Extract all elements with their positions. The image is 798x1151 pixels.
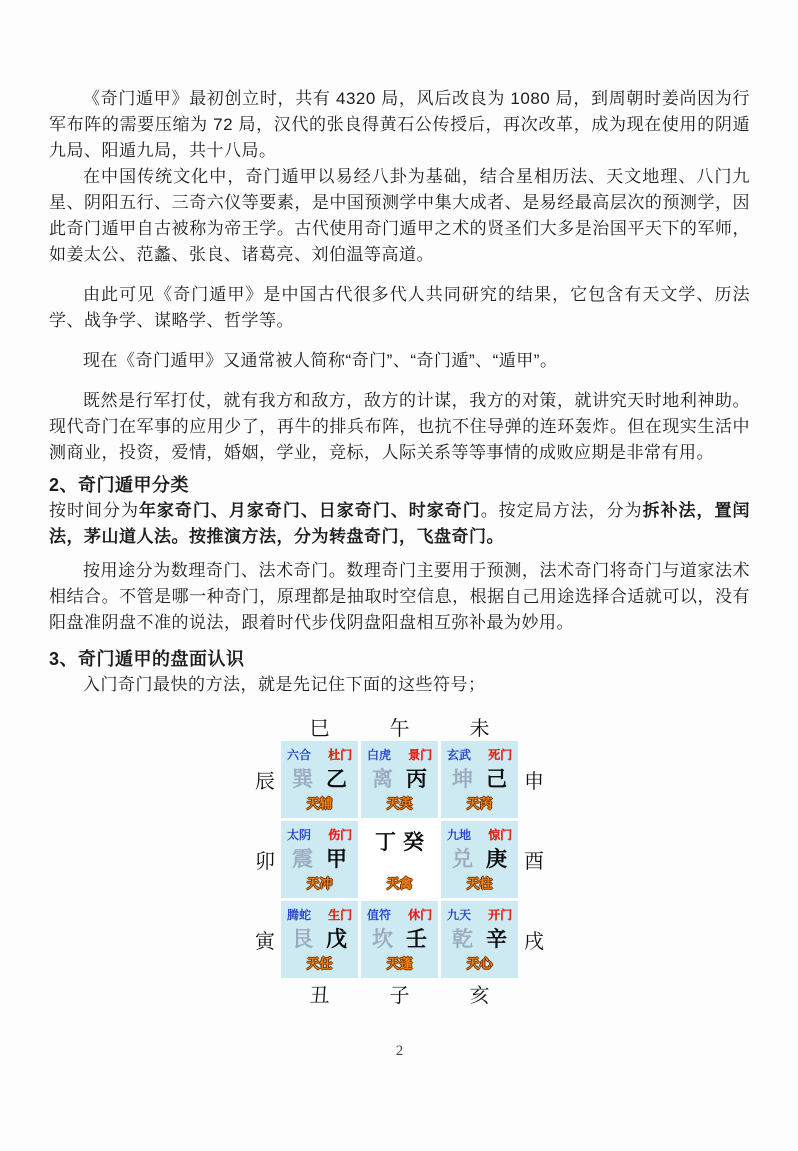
star-label: 天心 bbox=[466, 956, 492, 971]
gate-label: 生门 bbox=[328, 906, 352, 923]
branch-wu: 午 bbox=[361, 714, 438, 738]
stem-label: 癸 bbox=[403, 826, 424, 856]
section-heading-classification: 2、奇门遁甲分类 bbox=[49, 472, 750, 498]
god-label: 值符 bbox=[367, 906, 391, 923]
paragraph-history-2: 在中国传统文化中，奇门遁甲以易经八卦为基础，结合星相历法、天文地理、八门九星、阴… bbox=[49, 164, 750, 268]
star-label: 天英 bbox=[386, 796, 412, 811]
section-heading-board: 3、奇门遁甲的盘面认识 bbox=[49, 646, 750, 672]
board-cell-zhen: 太阴 伤门 震 甲 天冲 bbox=[281, 821, 358, 898]
paragraph-classification: 按时间分为年家奇门、月家奇门、日家奇门、时家奇门。按定局方法，分为拆补法，置闰法… bbox=[49, 498, 750, 550]
star-label: 天冲 bbox=[306, 876, 332, 891]
stem-label: 壬 bbox=[406, 923, 427, 953]
branch-mao: 卯 bbox=[252, 821, 278, 898]
star-label: 天柱 bbox=[466, 876, 492, 891]
branch-yin: 寅 bbox=[252, 901, 278, 978]
paragraph-summary: 由此可见《奇门遁甲》是中国古代很多代人共同研究的结果，它包含有天文学、历法学、战… bbox=[49, 282, 750, 334]
god-label: 九天 bbox=[447, 906, 471, 923]
branch-shen: 申 bbox=[521, 741, 547, 818]
branch-corner-bottomleft bbox=[252, 981, 278, 1005]
document-page: 《奇门遁甲》最初创立时，共有 4320 局，风后改良为 1080 局，到周朝时姜… bbox=[0, 0, 798, 1151]
paragraph-usage: 按用途分为数理奇门、法术奇门。数理奇门主要用于预测，法术奇门将奇门与道家法术相结… bbox=[49, 558, 750, 636]
paragraph-board-intro: 入门奇门最快的方法，就是先记住下面的这些符号； bbox=[49, 672, 750, 698]
stem-label: 乙 bbox=[326, 763, 347, 793]
stem-label: 丙 bbox=[406, 763, 427, 793]
trigram-label: 艮 bbox=[292, 923, 313, 953]
board-cell-dui: 九地 惊门 兑 庚 天柱 bbox=[441, 821, 518, 898]
gate-label: 开门 bbox=[488, 906, 512, 923]
gate-label: 杜门 bbox=[328, 746, 352, 763]
stem-label: 甲 bbox=[326, 843, 347, 873]
star-label: 天蓬 bbox=[386, 956, 412, 971]
stem-label: 己 bbox=[486, 763, 507, 793]
god-label: 六合 bbox=[287, 746, 311, 763]
branch-chou: 丑 bbox=[281, 981, 358, 1005]
branch-zi: 子 bbox=[361, 981, 438, 1005]
stem-label: 辛 bbox=[486, 923, 507, 953]
branch-wei: 未 bbox=[441, 714, 518, 738]
branch-you: 酉 bbox=[521, 821, 547, 898]
gate-label: 伤门 bbox=[328, 826, 352, 843]
gate-label: 死门 bbox=[488, 746, 512, 763]
star-label: 天禽 bbox=[386, 876, 412, 891]
god-label: 太阴 bbox=[287, 826, 311, 843]
stem-label: 戊 bbox=[326, 923, 347, 953]
classification-segment-normal-1: 按时间分为 bbox=[49, 501, 139, 520]
board-cell-center: 丁 癸 天禽 bbox=[361, 821, 438, 898]
trigram-label: 巽 bbox=[292, 763, 313, 793]
stem-label: 庚 bbox=[486, 843, 507, 873]
paragraph-history-1: 《奇门遁甲》最初创立时，共有 4320 局，风后改良为 1080 局，到周朝时姜… bbox=[49, 86, 750, 164]
gate-label: 景门 bbox=[408, 746, 432, 763]
branch-chen: 辰 bbox=[252, 741, 278, 818]
star-label: 天任 bbox=[306, 956, 332, 971]
star-label: 天辅 bbox=[306, 796, 332, 811]
trigram-label: 离 bbox=[372, 763, 393, 793]
board-cell-li: 白虎 景门 离 丙 天英 bbox=[361, 741, 438, 818]
classification-segment-bold-1: 年家奇门、月家奇门、日家奇门、时家奇门 bbox=[139, 501, 481, 520]
board-cell-kan: 值符 休门 坎 壬 天蓬 bbox=[361, 901, 438, 978]
board-cell-kun: 玄武 死门 坤 己 天芮 bbox=[441, 741, 518, 818]
branch-xu: 戌 bbox=[521, 901, 547, 978]
board-cell-xun: 六合 杜门 巽 乙 天辅 bbox=[281, 741, 358, 818]
trigram-label: 坎 bbox=[372, 923, 393, 953]
board-cell-qian: 九天 开门 乾 辛 天心 bbox=[441, 901, 518, 978]
board-cell-gen: 腾蛇 生门 艮 戊 天任 bbox=[281, 901, 358, 978]
trigram-label: 乾 bbox=[452, 923, 473, 953]
branch-corner-topright bbox=[521, 714, 547, 738]
god-label: 玄武 bbox=[447, 746, 471, 763]
trigram-label: 震 bbox=[292, 843, 313, 873]
paragraph-application: 既然是行军打仗，就有我方和敌方，敌方的计谋，我方的对策，就讲究天时地利神助。现代… bbox=[49, 388, 750, 466]
branch-hai: 亥 bbox=[441, 981, 518, 1005]
paragraph-aliases: 现在《奇门遁甲》又通常被人简称“奇门”、“奇门遁”、“遁甲”。 bbox=[49, 348, 750, 374]
star-label: 天芮 bbox=[466, 796, 492, 811]
stem-label: 丁 bbox=[375, 826, 396, 856]
god-label: 白虎 bbox=[367, 746, 391, 763]
gate-label: 休门 bbox=[408, 906, 432, 923]
trigram-label: 兑 bbox=[452, 843, 473, 873]
god-label: 九地 bbox=[447, 826, 471, 843]
trigram-label: 坤 bbox=[452, 763, 473, 793]
branch-corner-bottomright bbox=[521, 981, 547, 1005]
qimen-board: 巳 午 未 辰 六合 杜门 巽 乙 天辅 白虎 景门 离 丙 bbox=[252, 714, 547, 1005]
gate-label: 惊门 bbox=[488, 826, 512, 843]
branch-corner-topleft bbox=[252, 714, 278, 738]
page-number: 2 bbox=[49, 1043, 750, 1060]
branch-si: 巳 bbox=[281, 714, 358, 738]
god-label: 腾蛇 bbox=[287, 906, 311, 923]
classification-segment-normal-2: 。按定局方法，分为 bbox=[481, 501, 643, 520]
